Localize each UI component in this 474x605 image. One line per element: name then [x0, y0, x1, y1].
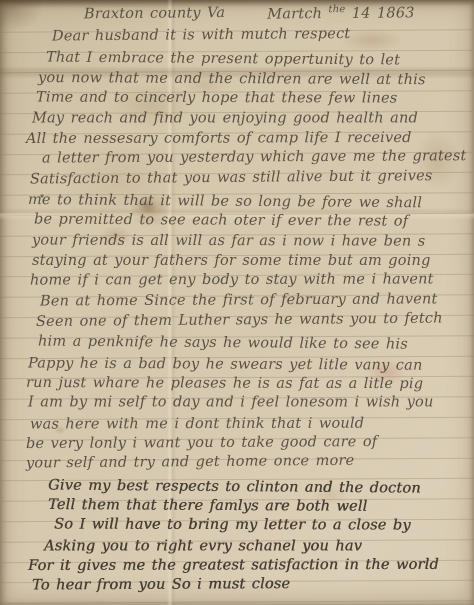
heading-place: Braxton county Va — [84, 5, 225, 24]
letter-line: Time and to cincerly hope that these few… — [36, 88, 468, 110]
letter-line: Seen one of them Luther says he wants yo… — [36, 308, 468, 332]
letter-body: Dear husband it is with mutch respectTha… — [26, 27, 468, 597]
heading-date: Martch the 14 1863 — [267, 3, 415, 22]
heading-date-month: Martch — [267, 6, 322, 22]
letter-line: home if i can get eny body to stay with … — [30, 269, 468, 291]
letter-line: So I will have to bring my letter to a c… — [54, 515, 468, 536]
letter-line: him a penknife he says he would like to … — [38, 332, 468, 356]
heading-date-superscript: the — [328, 4, 345, 15]
letter-line: staying at your fathers for some time bu… — [32, 251, 468, 271]
letter-line: To hear from you So i must close — [32, 573, 468, 596]
letter-line: Dear husband it is with mutch respect — [52, 23, 468, 47]
letter-line: Satisfaction to that you was still alive… — [30, 166, 468, 190]
letter-scan: Braxton county Va Martch the 14 1863 Dea… — [0, 0, 474, 605]
heading-date-year: 1863 — [377, 5, 415, 21]
letter-line: I am by mi self to day and i feel loneso… — [28, 393, 468, 413]
letter-line: Asking you to right evry schanel you hav — [44, 536, 468, 556]
letter-line: run just whare he pleases he is as fat a… — [26, 373, 468, 395]
letter-line: your self and try and get home once more — [26, 450, 468, 474]
letter-line: your friends is all will as far as i now… — [32, 231, 468, 253]
letter-line: be premitted to see each oter if ever th… — [34, 210, 468, 233]
letter-line: May reach and find you enjoying good hea… — [32, 109, 468, 129]
heading-date-day: 14 — [352, 6, 371, 22]
